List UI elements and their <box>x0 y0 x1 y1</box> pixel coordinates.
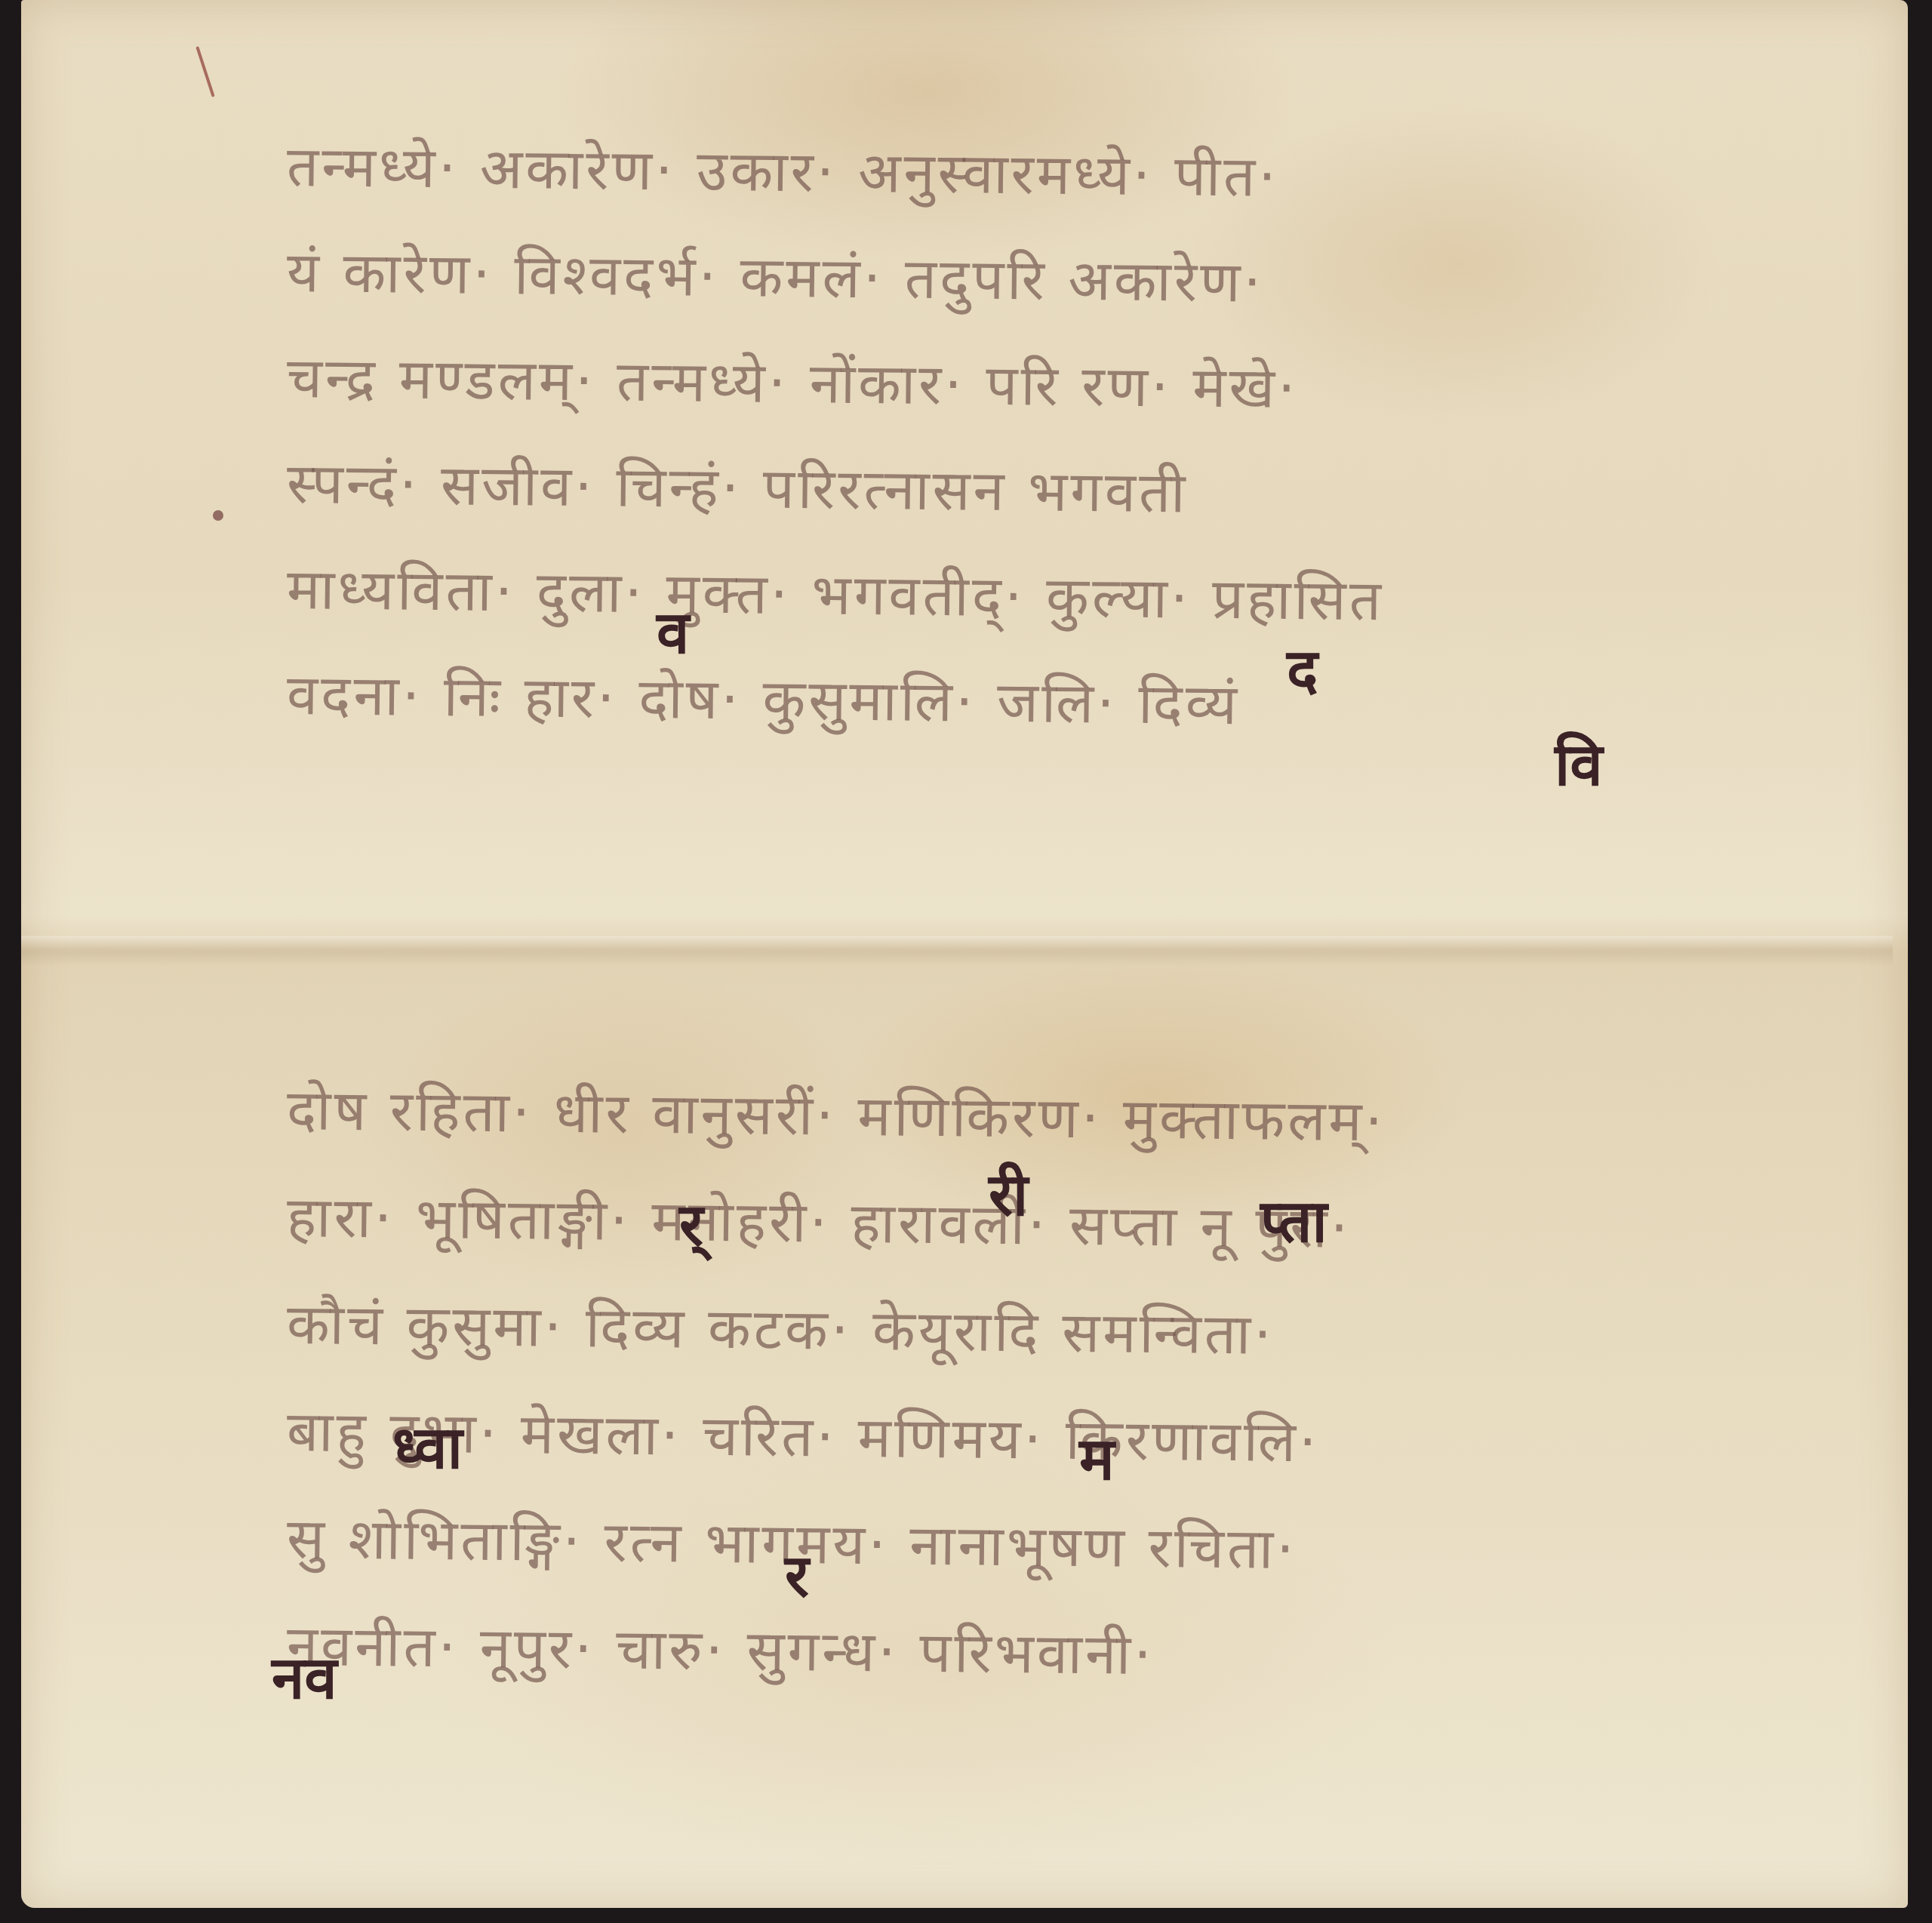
manuscript-line: चन्द्र मण्डलम्· तन्मध्ये· नोंकार· परि रण… <box>286 325 1887 447</box>
manuscript-line: वदना· निः हार· दोष· कुसुमालि· जलि· दिव्य… <box>286 642 1887 764</box>
ink-correction-mark: री <box>989 1166 1028 1225</box>
paper-fold-crease <box>21 936 1893 966</box>
bottom-section: दोष रहिता· धीर वानुसरीं· मणिकिरण· मुक्ता… <box>287 1057 1887 1700</box>
ink-correction-mark: द <box>1287 642 1318 700</box>
manuscript-line: नवनीत· नूपुर· चारु· सुगन्ध· परिभवानी· <box>286 1592 1887 1716</box>
manuscript-line: स्पन्दं· सजीव· चिन्हं· परिरत्नासन भगवती <box>286 430 1887 552</box>
manuscript-line: यं कारेण· विश्वदर्भ· कमलं· तदुपरि अकारेण… <box>286 219 1887 341</box>
ink-correction-mark: वि <box>1555 736 1603 795</box>
ink-correction-mark: म <box>1079 1430 1115 1489</box>
manuscript-line: हारा· भूषिताङ्गी· मनोहरी· हारावली· सप्ता… <box>286 1164 1887 1288</box>
ink-correction-mark: व <box>657 604 689 663</box>
ink-spot <box>213 510 223 521</box>
manuscript-line: माध्यविता· दुला· मुक्त· भगवतीद्· कुल्या·… <box>286 536 1887 658</box>
manuscript-line: सु शोभिताङ्गि· रत्न भागमय· नानाभूषण रचित… <box>286 1485 1887 1609</box>
manuscript-line: कौचं कुसुमा· दिव्य कटक· केयूरादि समन्वित… <box>286 1271 1887 1395</box>
ink-correction-mark: ध्वा <box>392 1419 463 1478</box>
manuscript-line: दोष रहिता· धीर वानुसरीं· मणिकिरण· मुक्ता… <box>286 1057 1887 1180</box>
manuscript-line: तन्मध्ये· अकारेण· उकार· अनुस्वारमध्ये· प… <box>286 113 1887 235</box>
ink-correction-mark: नव <box>272 1649 337 1708</box>
ink-correction-mark: र <box>785 1547 809 1606</box>
ink-correction-mark: प्ता <box>1260 1192 1327 1251</box>
top-section: तन्मध्ये· अकारेण· उकार· अनुस्वारमध्ये· प… <box>287 113 1887 747</box>
ink-correction-mark: र् <box>679 1196 703 1255</box>
